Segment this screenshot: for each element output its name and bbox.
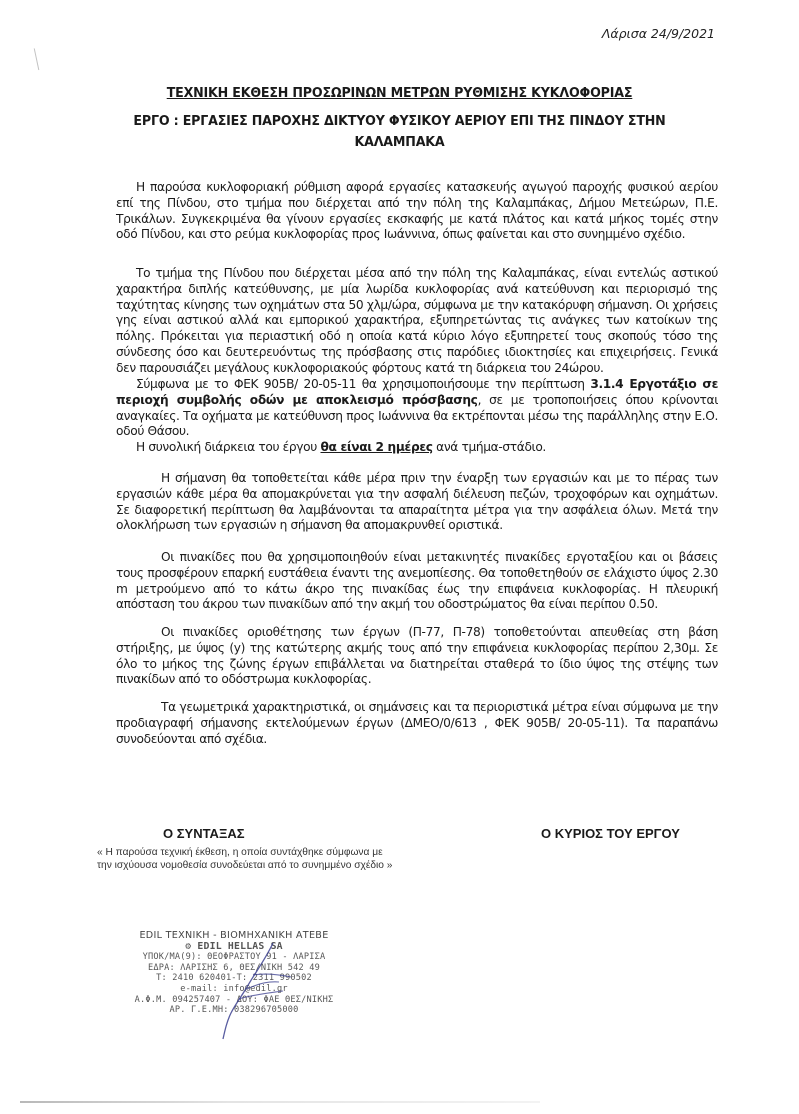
place-date: Λάρισα 24/9/2021 bbox=[602, 26, 715, 41]
handwritten-signature-icon bbox=[195, 935, 315, 1045]
paragraph-text: Οι πινακίδες που θα χρησιμοποιηθούν είνα… bbox=[116, 550, 718, 613]
paragraph-text: Οι πινακίδες οριοθέτησης των έργων (Π-77… bbox=[116, 625, 718, 688]
paragraph-regulation: Σύμφωνα με το ΦΕΚ 905Β/ 20-05-11 θα χρησ… bbox=[116, 377, 718, 440]
author-signature-title: Ο ΣΥΝΤΑΞΑΣ bbox=[163, 826, 245, 841]
paragraph-signage-schedule: Η σήμανση θα τοποθετείται κάθε μέρα πριν… bbox=[116, 471, 718, 534]
paragraph-text: Το τμήμα της Πίνδου που διέρχεται μέσα α… bbox=[116, 266, 718, 377]
paragraph-sign-placement: Οι πινακίδες που θα χρησιμοποιηθούν είνα… bbox=[116, 550, 718, 613]
paragraph-scope: Η παρούσα κυκλοφοριακή ρύθμιση αφορά εργ… bbox=[116, 180, 718, 243]
paragraph-text: Η συνολική διάρκεια του έργου θα είναι 2… bbox=[116, 440, 718, 456]
paragraph-text-pre: Σύμφωνα με το ΦΕΚ 905Β/ 20-05-11 θα χρησ… bbox=[136, 377, 590, 391]
paragraph-duration: Η συνολική διάρκεια του έργου θα είναι 2… bbox=[116, 440, 718, 456]
paragraph-specifications: Τα γεωμετρικά χαρακτηριστικά, οι σημάνσε… bbox=[116, 700, 718, 747]
project-subtitle-line2: ΚΑΛΑΜΠΑΚΑ bbox=[116, 132, 682, 153]
scan-artifact bbox=[34, 48, 42, 70]
paragraph-text: Η σήμανση θα τοποθετείται κάθε μέρα πριν… bbox=[116, 471, 718, 534]
scan-artifact-streak bbox=[20, 1101, 540, 1103]
paragraph-text: Η παρούσα κυκλοφοριακή ρύθμιση αφορά εργ… bbox=[116, 180, 718, 243]
paragraph-text: Τα γεωμετρικά χαρακτηριστικά, οι σημάνσε… bbox=[116, 700, 718, 747]
paragraph-road-description: Το τμήμα της Πίνδου που διέρχεται μέσα α… bbox=[116, 266, 718, 377]
paragraph-text-pre: Η συνολική διάρκεια του έργου bbox=[136, 440, 321, 454]
project-subtitle-line1: ΕΡΓΟ : ΕΡΓΑΣΙΕΣ ΠΑΡΟΧΗΣ ΔΙΚΤΥΟΥ ΦΥΣΙΚΟΥ … bbox=[116, 111, 682, 132]
paragraph-text: Σύμφωνα με το ΦΕΚ 905Β/ 20-05-11 θα χρησ… bbox=[116, 377, 718, 440]
duration-highlight: θα είναι 2 ημέρες bbox=[321, 440, 433, 454]
author-signature-note: « Η παρούσα τεχνική έκθεση, η οποία συντ… bbox=[97, 846, 397, 872]
paragraph-text-post: ανά τμήμα-στάδιο. bbox=[433, 440, 546, 454]
paragraph-boundary-signs: Οι πινακίδες οριοθέτησης των έργων (Π-77… bbox=[116, 625, 718, 688]
owner-signature-title: Ο ΚΥΡΙΟΣ ΤΟΥ ΕΡΓΟΥ bbox=[541, 826, 680, 841]
document-title: ΤΕΧΝΙΚΗ ΕΚΘΕΣΗ ΠΡΟΣΩΡΙΝΩΝ ΜΕΤΡΩΝ ΡΥΘΜΙΣΗ… bbox=[28, 85, 771, 101]
document-title-text: ΤΕΧΝΙΚΗ ΕΚΘΕΣΗ ΠΡΟΣΩΡΙΝΩΝ ΜΕΤΡΩΝ ΡΥΘΜΙΣΗ… bbox=[167, 85, 633, 101]
project-subtitle: ΕΡΓΟ : ΕΡΓΑΣΙΕΣ ΠΑΡΟΧΗΣ ΔΙΚΤΥΟΥ ΦΥΣΙΚΟΥ … bbox=[116, 111, 682, 153]
